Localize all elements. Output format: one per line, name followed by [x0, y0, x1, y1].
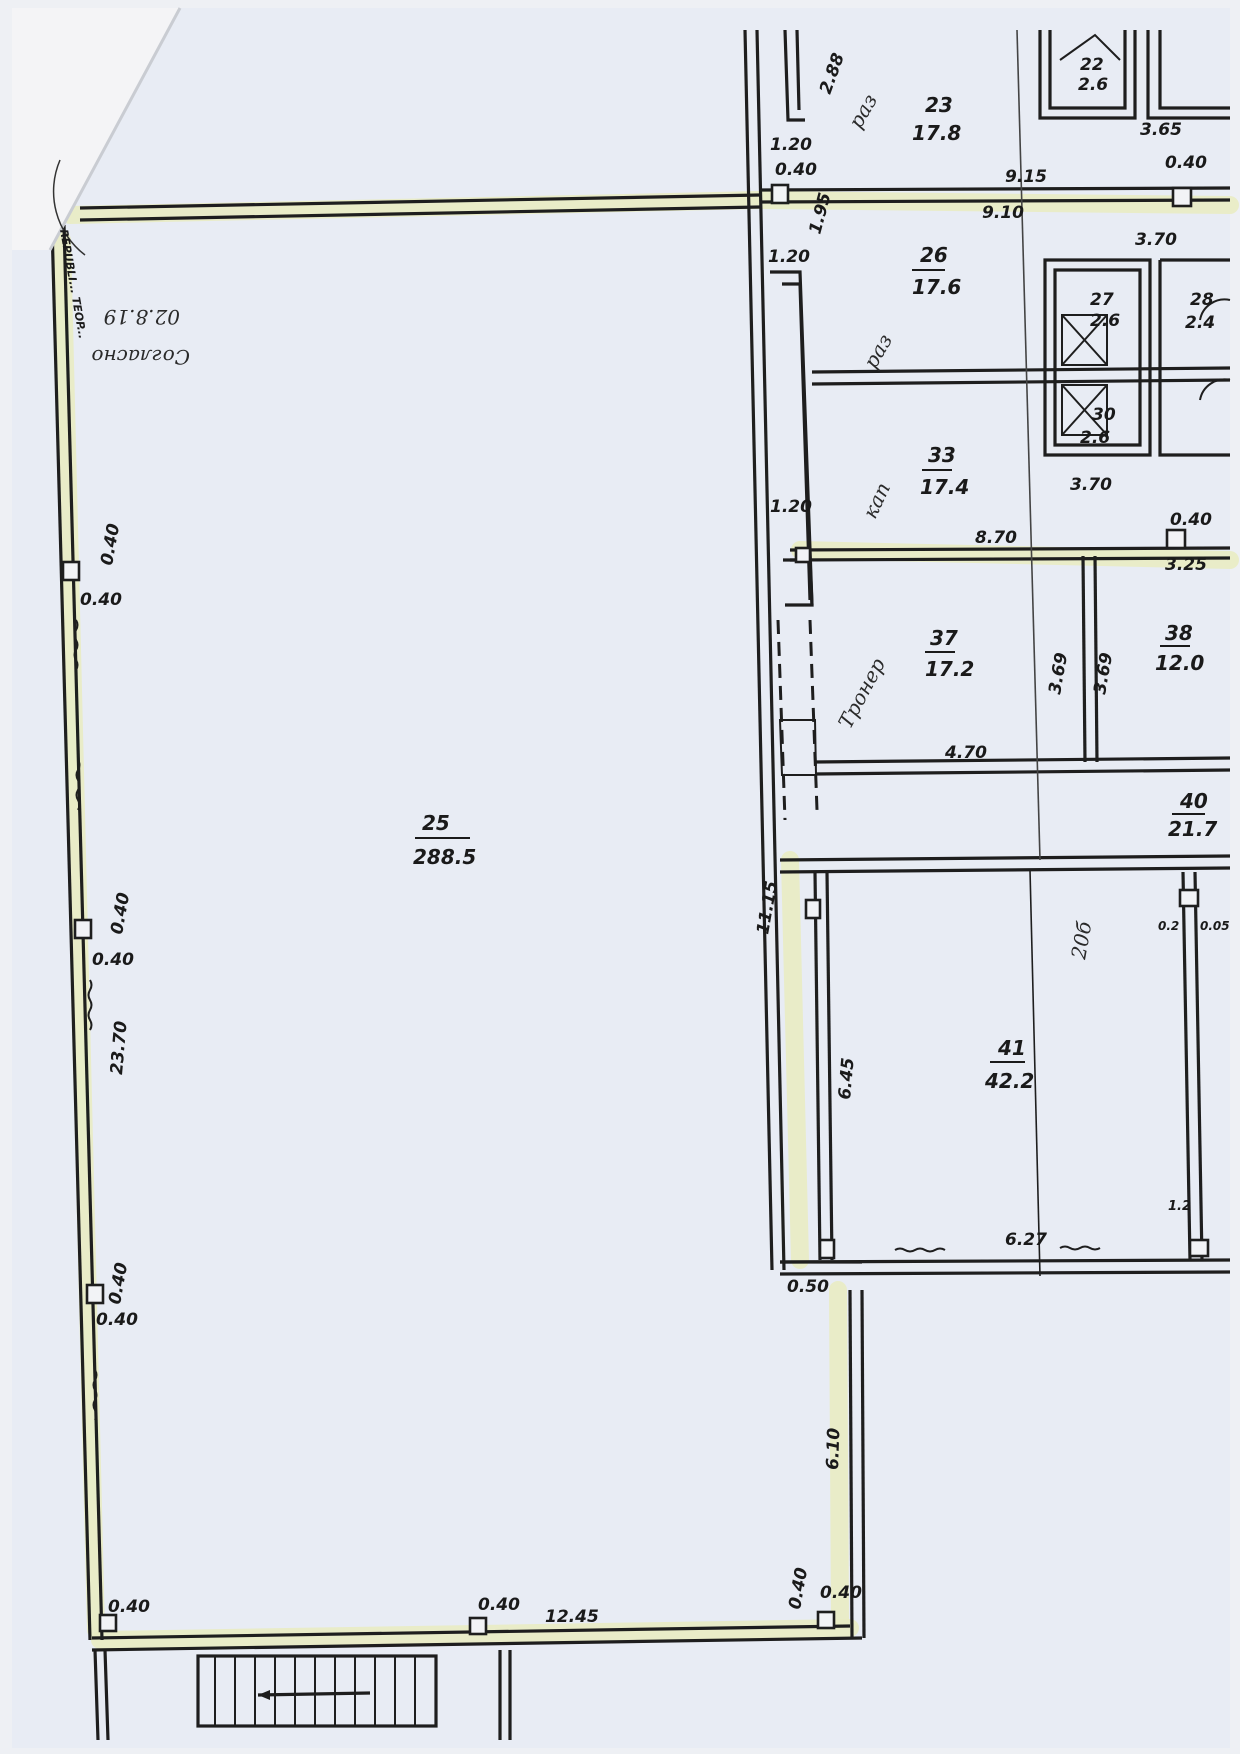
floor-plan: REPUBLI... TEOP... Согласно 02.8.19 25 2… [0, 0, 1240, 1754]
svg-text:38: 38 [1165, 621, 1193, 645]
svg-text:2.6: 2.6 [1078, 75, 1108, 95]
svg-text:30: 30 [1092, 405, 1116, 425]
svg-text:17.2: 17.2 [925, 657, 974, 681]
svg-text:2.6: 2.6 [1090, 311, 1120, 331]
svg-text:40: 40 [1179, 789, 1208, 813]
svg-text:0.50: 0.50 [787, 1277, 829, 1297]
svg-text:0.2: 0.2 [1158, 919, 1179, 933]
svg-text:0.40: 0.40 [775, 160, 817, 180]
svg-text:2.4: 2.4 [1185, 313, 1215, 333]
svg-text:0.40: 0.40 [478, 1595, 520, 1615]
svg-text:27: 27 [1090, 290, 1114, 310]
svg-text:02.8.19: 02.8.19 [103, 305, 180, 329]
svg-text:0.40: 0.40 [820, 1583, 862, 1603]
svg-text:0.40: 0.40 [92, 950, 134, 970]
svg-text:6.27: 6.27 [1005, 1230, 1047, 1250]
svg-text:3.65: 3.65 [1140, 120, 1182, 140]
svg-text:0.40: 0.40 [80, 590, 122, 610]
svg-text:3.25: 3.25 [1165, 555, 1207, 575]
svg-text:22: 22 [1080, 55, 1104, 75]
svg-text:9.10: 9.10 [982, 203, 1024, 223]
svg-text:42.2: 42.2 [984, 1069, 1034, 1093]
svg-text:12.0: 12.0 [1155, 651, 1204, 675]
svg-text:21.7: 21.7 [1168, 817, 1217, 841]
svg-text:17.8: 17.8 [912, 121, 961, 145]
svg-text:Согласно: Согласно [91, 345, 190, 369]
svg-text:25: 25 [422, 811, 450, 835]
svg-text:3.70: 3.70 [1070, 475, 1112, 495]
svg-text:17.4: 17.4 [920, 475, 969, 499]
svg-text:1.2: 1.2 [1168, 1199, 1191, 1214]
svg-text:28: 28 [1190, 290, 1214, 310]
svg-text:2.6: 2.6 [1080, 428, 1110, 448]
svg-text:33: 33 [928, 443, 956, 467]
svg-text:1.20: 1.20 [770, 497, 812, 517]
svg-text:4.70: 4.70 [944, 743, 987, 763]
svg-text:8.70: 8.70 [975, 528, 1017, 548]
svg-text:0.40: 0.40 [1170, 510, 1212, 530]
svg-text:0.40: 0.40 [108, 1597, 150, 1617]
svg-text:23: 23 [925, 93, 953, 117]
svg-text:6.10: 6.10 [823, 1427, 844, 1470]
svg-text:6.45: 6.45 [835, 1057, 859, 1101]
svg-text:37: 37 [930, 626, 958, 650]
svg-text:26: 26 [920, 243, 948, 267]
svg-text:9.15: 9.15 [1005, 167, 1047, 187]
svg-text:17.6: 17.6 [912, 275, 961, 299]
svg-text:0.40: 0.40 [96, 1310, 138, 1330]
svg-text:1.20: 1.20 [768, 247, 810, 267]
svg-text:0.05: 0.05 [1200, 919, 1230, 933]
svg-text:3.70: 3.70 [1135, 230, 1177, 250]
svg-text:288.5: 288.5 [413, 845, 476, 869]
svg-text:1.20: 1.20 [770, 135, 812, 155]
svg-text:12.45: 12.45 [545, 1607, 599, 1627]
svg-text:41: 41 [997, 1036, 1026, 1060]
svg-text:0.40: 0.40 [1165, 153, 1207, 173]
